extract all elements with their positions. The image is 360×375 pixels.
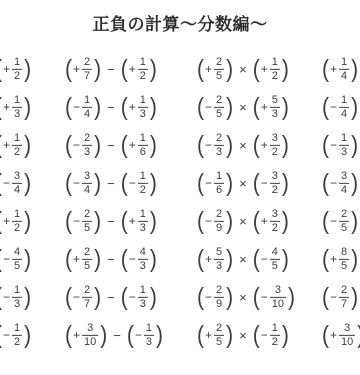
paren-open: ( xyxy=(252,247,261,272)
operator-minus: − xyxy=(107,253,115,266)
fraction-operand: (+12) xyxy=(0,56,32,82)
expression: (−12) xyxy=(0,322,32,348)
operator-times: × xyxy=(239,253,247,266)
paren-close: ) xyxy=(23,95,32,120)
minus-sign: − xyxy=(73,215,80,227)
paren-open: ( xyxy=(120,285,129,310)
worksheet-page: 正負の計算～分数編～ (+12)(+27)−(+12)(+25)×(+12)(+… xyxy=(0,0,360,375)
fraction-denominator: 3 xyxy=(82,145,92,159)
operator-minus: − xyxy=(113,329,121,342)
paren-close: ) xyxy=(149,95,158,120)
paren-close: ) xyxy=(350,95,359,120)
problem-row: (+13)(−14)−(+13)(−25)×(+53)(−14)× xyxy=(0,88,360,126)
operator-times: × xyxy=(239,139,247,152)
fraction: 310 xyxy=(339,322,355,348)
fraction-operand: (+27) xyxy=(64,56,102,82)
fraction: 25 xyxy=(214,322,224,348)
expression: (−34)−(−12) xyxy=(64,170,158,196)
paren-close: ) xyxy=(281,247,290,272)
fraction-numerator: 1 xyxy=(12,322,22,335)
fraction-denominator: 5 xyxy=(339,221,349,235)
fraction-numerator: 1 xyxy=(12,56,22,69)
paren-close: ) xyxy=(225,57,234,82)
minus-sign: − xyxy=(330,139,337,151)
plus-sign: + xyxy=(129,215,136,227)
fraction: 14 xyxy=(82,94,92,120)
fraction: 12 xyxy=(12,322,22,348)
paren-close: ) xyxy=(149,57,158,82)
paren-close: ) xyxy=(350,171,359,196)
operator-minus: − xyxy=(107,215,115,228)
expression: (−13)× xyxy=(321,132,360,158)
paren-open: ( xyxy=(64,209,73,234)
fraction-denominator: 2 xyxy=(270,145,280,159)
paren-close: ) xyxy=(356,323,360,348)
fraction-denominator: 10 xyxy=(82,335,98,349)
operator-times: × xyxy=(239,63,247,76)
paren-open: ( xyxy=(120,247,129,272)
expression: (−13) xyxy=(0,284,32,310)
fraction-operand: (−25) xyxy=(321,208,359,234)
plus-sign: + xyxy=(3,215,10,227)
minus-sign: − xyxy=(205,215,212,227)
fraction-operand: (−43) xyxy=(120,246,158,272)
paren-close: ) xyxy=(281,209,290,234)
operator-minus: − xyxy=(107,177,115,190)
fraction-denominator: 4 xyxy=(82,107,92,121)
fraction: 85 xyxy=(339,246,349,272)
fraction-operand: (−23) xyxy=(196,132,234,158)
fraction-operand: (−12) xyxy=(120,170,158,196)
fraction-operand: (−12) xyxy=(252,322,290,348)
minus-sign: − xyxy=(3,329,10,341)
fraction: 32 xyxy=(270,132,280,158)
paren-open: ( xyxy=(0,171,3,196)
fraction: 53 xyxy=(270,94,280,120)
paren-close: ) xyxy=(23,247,32,272)
fraction-numerator: 1 xyxy=(12,208,22,221)
fraction-numerator: 2 xyxy=(214,284,224,297)
paren-open: ( xyxy=(321,133,330,158)
fraction: 25 xyxy=(214,56,224,82)
fraction: 310 xyxy=(82,322,98,348)
minus-sign: − xyxy=(135,329,142,341)
expression: (−25)×(+53) xyxy=(196,94,290,120)
paren-open: ( xyxy=(64,57,73,82)
problem-row: (−34)(−34)−(−12)(−16)×(−32)(−34)× xyxy=(0,164,360,202)
paren-close: ) xyxy=(350,57,359,82)
operator-times: × xyxy=(239,101,247,114)
fraction: 12 xyxy=(12,208,22,234)
minus-sign: − xyxy=(73,101,80,113)
fraction: 32 xyxy=(270,170,280,196)
plus-sign: + xyxy=(330,63,337,75)
fraction-operand: (+53) xyxy=(196,246,234,272)
fraction-operand: (−29) xyxy=(196,208,234,234)
fraction-denominator: 2 xyxy=(270,183,280,197)
fraction-denominator: 10 xyxy=(270,297,286,311)
expression: (−23)−(+16) xyxy=(64,132,158,158)
fraction-numerator: 8 xyxy=(339,246,349,259)
paren-close: ) xyxy=(281,57,290,82)
fraction-operand: (+310) xyxy=(321,322,360,348)
fraction-denominator: 9 xyxy=(214,297,224,311)
expression: (+12) xyxy=(0,132,32,158)
expression: (+310)−(−13) xyxy=(64,322,164,348)
paren-close: ) xyxy=(23,285,32,310)
operator-times: × xyxy=(239,177,247,190)
plus-sign: + xyxy=(261,101,268,113)
fraction-numerator: 1 xyxy=(138,170,148,183)
expression: (−27)−(−13) xyxy=(64,284,158,310)
problem-row: (+12)(+27)−(+12)(+25)×(+12)(+14)× xyxy=(0,50,360,88)
fraction: 13 xyxy=(144,322,154,348)
fraction: 34 xyxy=(82,170,92,196)
fraction-operand: (+32) xyxy=(252,132,290,158)
paren-close: ) xyxy=(93,95,102,120)
paren-open: ( xyxy=(252,57,261,82)
fraction-operand: (+13) xyxy=(120,208,158,234)
fraction-operand: (+32) xyxy=(252,208,290,234)
fraction-numerator: 1 xyxy=(12,284,22,297)
expression: (+25)−(−43) xyxy=(64,246,158,272)
paren-open: ( xyxy=(64,171,73,196)
fraction-operand: (−13) xyxy=(126,322,164,348)
expression: (+12) xyxy=(0,208,32,234)
fraction-numerator: 4 xyxy=(12,246,22,259)
paren-open: ( xyxy=(321,247,330,272)
fraction: 29 xyxy=(214,284,224,310)
plus-sign: + xyxy=(205,63,212,75)
fraction-operand: (−310) xyxy=(252,284,296,310)
fraction-operand: (−45) xyxy=(252,246,290,272)
fraction-operand: (+25) xyxy=(64,246,102,272)
fraction-numerator: 2 xyxy=(82,246,92,259)
plus-sign: + xyxy=(261,139,268,151)
operator-times: × xyxy=(239,291,247,304)
fraction-numerator: 3 xyxy=(82,322,98,335)
problem-row: (+12)(−23)−(+16)(−23)×(+32)(−13)× xyxy=(0,126,360,164)
paren-open: ( xyxy=(0,95,3,120)
fraction-numerator: 1 xyxy=(12,94,22,107)
fraction-denominator: 7 xyxy=(82,297,92,311)
problem-row: (−13)(−27)−(−13)(−29)×(−310)(−27)× xyxy=(0,278,360,316)
paren-open: ( xyxy=(196,323,205,348)
expression: (−16)×(−32) xyxy=(196,170,290,196)
fraction-numerator: 3 xyxy=(270,170,280,183)
fraction-denominator: 2 xyxy=(270,335,280,349)
operator-minus: − xyxy=(107,63,115,76)
plus-sign: + xyxy=(129,63,136,75)
minus-sign: − xyxy=(129,291,136,303)
fraction-denominator: 9 xyxy=(214,221,224,235)
fraction-denominator: 3 xyxy=(214,259,224,273)
paren-open: ( xyxy=(120,95,129,120)
fraction-denominator: 6 xyxy=(138,145,148,159)
fraction-operand: (+12) xyxy=(120,56,158,82)
minus-sign: − xyxy=(205,101,212,113)
fraction: 12 xyxy=(12,132,22,158)
paren-close: ) xyxy=(350,209,359,234)
paren-close: ) xyxy=(23,171,32,196)
paren-open: ( xyxy=(120,171,129,196)
fraction-numerator: 3 xyxy=(270,132,280,145)
expression: (−14)× xyxy=(321,94,360,120)
plus-sign: + xyxy=(129,101,136,113)
fraction-denominator: 3 xyxy=(339,145,349,159)
minus-sign: − xyxy=(261,253,268,265)
fraction-denominator: 4 xyxy=(339,107,349,121)
fraction: 13 xyxy=(138,284,148,310)
fraction-denominator: 5 xyxy=(82,259,92,273)
fraction-numerator: 1 xyxy=(138,94,148,107)
fraction: 45 xyxy=(270,246,280,272)
fraction-numerator: 3 xyxy=(82,170,92,183)
plus-sign: + xyxy=(3,101,10,113)
expression: (+27)−(+12) xyxy=(64,56,158,82)
fraction-operand: (−29) xyxy=(196,284,234,310)
paren-open: ( xyxy=(196,171,205,196)
paren-close: ) xyxy=(281,133,290,158)
fraction-operand: (−16) xyxy=(196,170,234,196)
paren-open: ( xyxy=(196,133,205,158)
fraction-operand: (+13) xyxy=(120,94,158,120)
expression: (−27)× xyxy=(321,284,360,310)
expression: (+25)×(−12) xyxy=(196,322,290,348)
fraction: 27 xyxy=(82,56,92,82)
fraction-numerator: 1 xyxy=(138,284,148,297)
minus-sign: − xyxy=(205,291,212,303)
plus-sign: + xyxy=(73,63,80,75)
fraction-numerator: 2 xyxy=(214,208,224,221)
paren-close: ) xyxy=(225,95,234,120)
fraction-operand: (−14) xyxy=(64,94,102,120)
fraction: 32 xyxy=(270,208,280,234)
paren-open: ( xyxy=(126,323,135,348)
fraction-numerator: 5 xyxy=(270,94,280,107)
minus-sign: − xyxy=(330,215,337,227)
fraction-numerator: 1 xyxy=(12,132,22,145)
expression: (+53)×(−45) xyxy=(196,246,290,272)
fraction-numerator: 3 xyxy=(270,284,286,297)
paren-open: ( xyxy=(120,209,129,234)
fraction: 13 xyxy=(339,132,349,158)
fraction-denominator: 10 xyxy=(339,335,355,349)
plus-sign: + xyxy=(330,253,337,265)
paren-open: ( xyxy=(120,133,129,158)
fraction-denominator: 2 xyxy=(138,183,148,197)
fraction-operand: (−13) xyxy=(0,284,32,310)
fraction-operand: (−25) xyxy=(64,208,102,234)
fraction-operand: (+16) xyxy=(120,132,158,158)
paren-close: ) xyxy=(350,247,359,272)
expression: (+85)× xyxy=(321,246,360,272)
fraction: 25 xyxy=(339,208,349,234)
paren-close: ) xyxy=(225,209,234,234)
expression: (−45) xyxy=(0,246,32,272)
fraction: 14 xyxy=(339,94,349,120)
paren-open: ( xyxy=(321,285,330,310)
paren-open: ( xyxy=(321,171,330,196)
paren-open: ( xyxy=(120,57,129,82)
fraction-operand: (−34) xyxy=(0,170,32,196)
plus-sign: + xyxy=(73,253,80,265)
fraction-operand: (−25) xyxy=(196,94,234,120)
fraction-operand: (−23) xyxy=(64,132,102,158)
fraction-numerator: 2 xyxy=(82,132,92,145)
fraction-operand: (−13) xyxy=(321,132,359,158)
paren-open: ( xyxy=(0,133,3,158)
expression: (−14)−(+13) xyxy=(64,94,158,120)
fraction: 45 xyxy=(12,246,22,272)
problems-grid: (+12)(+27)−(+12)(+25)×(+12)(+14)×(+13)(−… xyxy=(0,50,360,354)
expression: (−23)×(+32) xyxy=(196,132,290,158)
fraction-numerator: 2 xyxy=(339,208,349,221)
paren-close: ) xyxy=(23,323,32,348)
fraction-denominator: 5 xyxy=(214,107,224,121)
expression: (+14)× xyxy=(321,56,360,82)
fraction-operand: (+53) xyxy=(252,94,290,120)
fraction-numerator: 2 xyxy=(82,208,92,221)
fraction-operand: (+25) xyxy=(196,322,234,348)
fraction-operand: (+12) xyxy=(252,56,290,82)
fraction-numerator: 1 xyxy=(270,56,280,69)
paren-close: ) xyxy=(225,285,234,310)
fraction-numerator: 3 xyxy=(270,208,280,221)
fraction-denominator: 3 xyxy=(12,107,22,121)
fraction-numerator: 2 xyxy=(82,284,92,297)
fraction-denominator: 3 xyxy=(138,107,148,121)
fraction-numerator: 1 xyxy=(138,56,148,69)
fraction: 12 xyxy=(270,322,280,348)
plus-sign: + xyxy=(330,329,337,341)
expression: (−25)−(+13) xyxy=(64,208,158,234)
paren-open: ( xyxy=(196,209,205,234)
fraction-operand: (−14) xyxy=(321,94,359,120)
paren-open: ( xyxy=(321,209,330,234)
paren-open: ( xyxy=(196,95,205,120)
paren-open: ( xyxy=(252,285,261,310)
fraction-denominator: 4 xyxy=(82,183,92,197)
fraction-numerator: 5 xyxy=(214,246,224,259)
plus-sign: + xyxy=(261,63,268,75)
paren-close: ) xyxy=(225,171,234,196)
fraction: 12 xyxy=(270,56,280,82)
fraction-numerator: 2 xyxy=(214,132,224,145)
minus-sign: − xyxy=(205,177,212,189)
fraction: 13 xyxy=(138,94,148,120)
paren-open: ( xyxy=(252,209,261,234)
plus-sign: + xyxy=(129,139,136,151)
fraction-denominator: 7 xyxy=(339,297,349,311)
fraction-denominator: 2 xyxy=(12,221,22,235)
paren-close: ) xyxy=(23,209,32,234)
fraction-numerator: 1 xyxy=(138,132,148,145)
fraction-numerator: 1 xyxy=(214,170,224,183)
paren-open: ( xyxy=(321,57,330,82)
minus-sign: − xyxy=(129,253,136,265)
fraction-numerator: 2 xyxy=(82,56,92,69)
paren-close: ) xyxy=(350,285,359,310)
paren-close: ) xyxy=(23,57,32,82)
plus-sign: + xyxy=(3,63,10,75)
fraction-numerator: 1 xyxy=(138,208,148,221)
expression: (+25)×(+12) xyxy=(196,56,290,82)
minus-sign: − xyxy=(3,177,10,189)
paren-close: ) xyxy=(281,171,290,196)
fraction-denominator: 2 xyxy=(12,69,22,83)
fraction: 29 xyxy=(214,208,224,234)
fraction-numerator: 1 xyxy=(144,322,154,335)
fraction-denominator: 2 xyxy=(270,221,280,235)
fraction: 12 xyxy=(12,56,22,82)
fraction: 27 xyxy=(339,284,349,310)
fraction-operand: (−12) xyxy=(0,322,32,348)
fraction-denominator: 3 xyxy=(270,107,280,121)
paren-open: ( xyxy=(64,247,73,272)
problem-row: (−12)(+310)−(−13)(+25)×(−12)(+310)× xyxy=(0,316,360,354)
minus-sign: − xyxy=(73,291,80,303)
fraction-numerator: 1 xyxy=(339,56,349,69)
fraction-operand: (+14) xyxy=(321,56,359,82)
fraction-denominator: 3 xyxy=(214,145,224,159)
minus-sign: − xyxy=(73,177,80,189)
fraction-denominator: 4 xyxy=(339,183,349,197)
fraction-denominator: 2 xyxy=(12,335,22,349)
paren-open: ( xyxy=(252,171,261,196)
fraction-denominator: 4 xyxy=(339,69,349,83)
paren-open: ( xyxy=(0,285,3,310)
problem-row: (−45)(+25)−(−43)(+53)×(−45)(+85)× xyxy=(0,240,360,278)
plus-sign: + xyxy=(3,139,10,151)
fraction-denominator: 5 xyxy=(270,259,280,273)
paren-close: ) xyxy=(93,57,102,82)
fraction-denominator: 3 xyxy=(138,221,148,235)
paren-open: ( xyxy=(64,133,73,158)
fraction: 12 xyxy=(138,56,148,82)
fraction-operand: (−34) xyxy=(321,170,359,196)
fraction-denominator: 3 xyxy=(12,297,22,311)
fraction-denominator: 2 xyxy=(270,69,280,83)
fraction-numerator: 3 xyxy=(339,170,349,183)
paren-close: ) xyxy=(93,171,102,196)
minus-sign: − xyxy=(3,253,10,265)
paren-open: ( xyxy=(196,247,205,272)
paren-close: ) xyxy=(149,247,158,272)
expression: (−29)×(+32) xyxy=(196,208,290,234)
fraction-operand: (+310) xyxy=(64,322,108,348)
fraction-operand: (+25) xyxy=(196,56,234,82)
operator-minus: − xyxy=(107,139,115,152)
paren-close: ) xyxy=(155,323,164,348)
fraction-denominator: 5 xyxy=(339,259,349,273)
operator-times: × xyxy=(239,329,247,342)
paren-close: ) xyxy=(149,209,158,234)
fraction-numerator: 3 xyxy=(12,170,22,183)
fraction: 13 xyxy=(12,284,22,310)
fraction: 16 xyxy=(214,170,224,196)
fraction-denominator: 3 xyxy=(138,297,148,311)
fraction-denominator: 7 xyxy=(82,69,92,83)
plus-sign: + xyxy=(73,329,80,341)
paren-close: ) xyxy=(93,247,102,272)
fraction-operand: (+12) xyxy=(0,208,32,234)
fraction: 23 xyxy=(82,132,92,158)
paren-open: ( xyxy=(321,95,330,120)
operator-minus: − xyxy=(107,101,115,114)
fraction: 53 xyxy=(214,246,224,272)
fraction: 16 xyxy=(138,132,148,158)
